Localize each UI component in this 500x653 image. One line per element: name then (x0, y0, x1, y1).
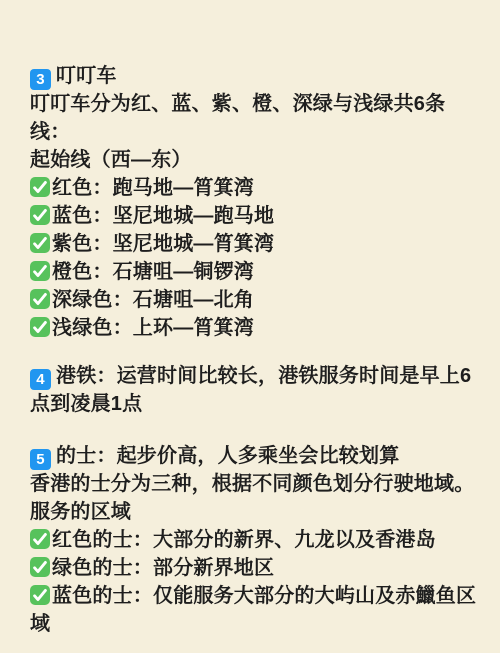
check-icon (30, 233, 50, 253)
check-icon (30, 261, 50, 281)
section-tram: 3叮叮车 叮叮车分为红、蓝、紫、橙、深绿与浅绿共6条线： 起始线（西—东） 红色… (30, 62, 478, 342)
section-title: 叮叮车 (56, 65, 117, 87)
list-item-text: 紫色：坚尼地城—筲箕湾 (52, 233, 274, 255)
check-icon (30, 529, 50, 549)
list-item-text: 蓝色的士：仅能服务大部分的大屿山及赤鱲鱼区域 (30, 585, 476, 635)
check-icon (30, 289, 50, 309)
number-badge-icon: 5 (30, 449, 51, 470)
list-item-text: 蓝色：坚尼地城—跑马地 (52, 205, 274, 227)
check-icon (30, 557, 50, 577)
paragraph: 叮叮车分为红、蓝、紫、橙、深绿与浅绿共6条线： (30, 90, 478, 146)
paragraph: 香港的士分为三种，根据不同颜色划分行驶地域。服务的区域 (30, 470, 478, 526)
list-item: 深绿色：石塘咀—北角 (30, 286, 478, 314)
list-item: 绿色的士：部分新界地区 (30, 554, 478, 582)
list-item: 浅绿色：上环—筲箕湾 (30, 314, 478, 342)
list-item-text: 浅绿色：上环—筲箕湾 (52, 317, 254, 339)
list-item-text: 红色的士：大部分的新界、九龙以及香港岛 (52, 529, 436, 551)
section-mtr-lead: 4港铁：运营时间比较长，港铁服务时间是早上6点到凌晨1点 (30, 362, 478, 418)
list-item: 红色：跑马地—筲箕湾 (30, 174, 478, 202)
note-page: 3叮叮车 叮叮车分为红、蓝、紫、橙、深绿与浅绿共6条线： 起始线（西—东） 红色… (0, 0, 500, 653)
check-icon (30, 585, 50, 605)
list-item: 橙色：石塘咀—铜锣湾 (30, 258, 478, 286)
check-icon (30, 177, 50, 197)
list-item-text: 深绿色：石塘咀—北角 (52, 289, 254, 311)
paragraph: 的士：起步价高，人多乘坐会比较划算 (56, 445, 399, 467)
number-badge-icon: 3 (30, 69, 51, 90)
list-item-text: 红色：跑马地—筲箕湾 (52, 177, 254, 199)
paragraph: 港铁：运营时间比较长，港铁服务时间是早上6点到凌晨1点 (30, 365, 471, 415)
list-item: 蓝色的士：仅能服务大部分的大屿山及赤鱲鱼区域 (30, 582, 478, 638)
check-icon (30, 317, 50, 337)
list-item: 红色的士：大部分的新界、九龙以及香港岛 (30, 526, 478, 554)
section-taxi: 5的士：起步价高，人多乘坐会比较划算 香港的士分为三种，根据不同颜色划分行驶地域… (30, 442, 478, 638)
list-item: 蓝色：坚尼地城—跑马地 (30, 202, 478, 230)
number-badge-icon: 4 (30, 369, 51, 390)
list-item: 紫色：坚尼地城—筲箕湾 (30, 230, 478, 258)
section-tram-heading: 3叮叮车 (30, 62, 478, 90)
check-icon (30, 205, 50, 225)
section-taxi-lead: 5的士：起步价高，人多乘坐会比较划算 (30, 442, 478, 470)
section-mtr: 4港铁：运营时间比较长，港铁服务时间是早上6点到凌晨1点 (30, 362, 478, 418)
paragraph: 起始线（西—东） (30, 146, 478, 174)
list-item-text: 绿色的士：部分新界地区 (52, 557, 274, 579)
list-item-text: 橙色：石塘咀—铜锣湾 (52, 261, 254, 283)
